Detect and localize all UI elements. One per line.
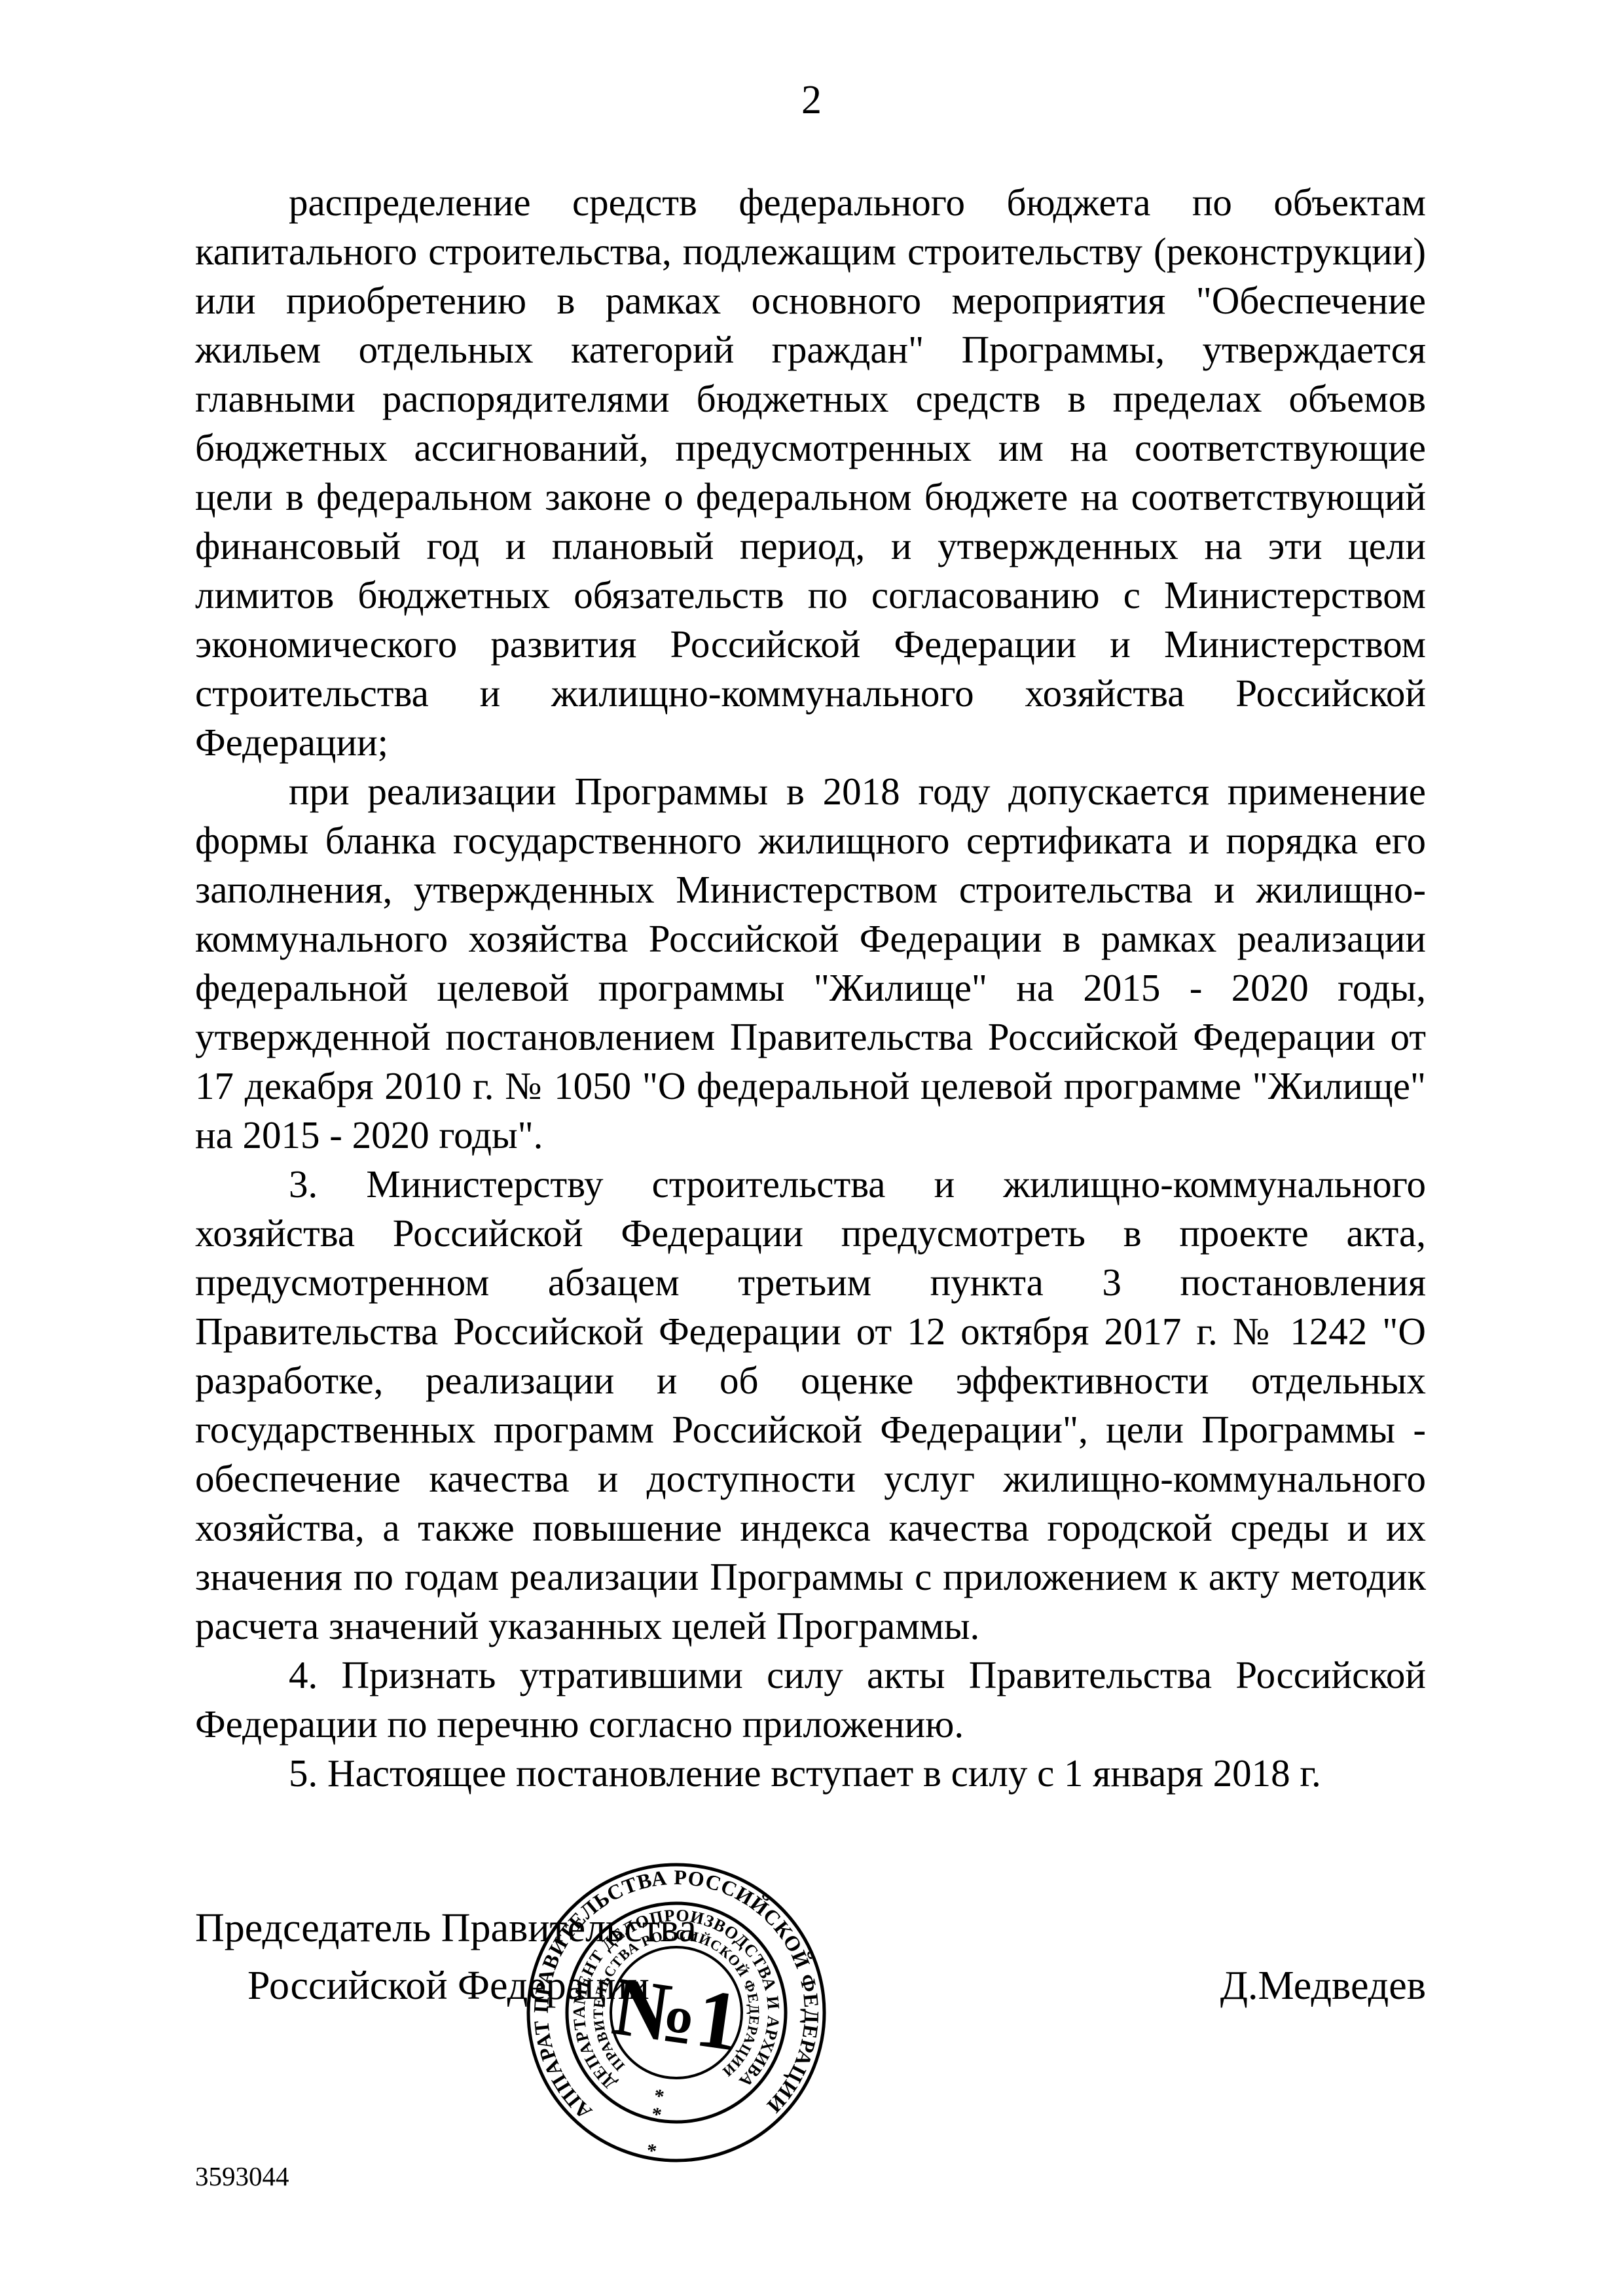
body-paragraph-5: 5. Настоящее постановление вступает в си… — [195, 1749, 1426, 1798]
document-control-number: 3593044 — [195, 2161, 289, 2191]
body-paragraph-3: 3. Министерству строительства и жилищно-… — [195, 1160, 1426, 1651]
stamp-center-number: №1 — [607, 1959, 745, 2068]
government-stamp: АППАРАТ ПРАВИТЕЛЬСТВА РОССИЙСКОЙ ФЕДЕРАЦ… — [522, 1859, 830, 2166]
document-body: распределение средств федерального бюдже… — [195, 178, 1426, 1798]
body-paragraph-4: 4. Признать утратившими силу акты Правит… — [195, 1651, 1426, 1749]
body-paragraph-1: распределение средств федерального бюдже… — [195, 178, 1426, 767]
document-page: 2 распределение средств федерального бюд… — [0, 0, 1623, 2296]
signature-name: Д.Медведев — [1220, 1957, 1426, 2015]
body-paragraph-2: при реализации Программы в 2018 году доп… — [195, 767, 1426, 1160]
stamp-outer-separator-icon: * — [646, 2134, 659, 2157]
page-number: 2 — [0, 77, 1623, 123]
stamp-inner-separator-icon: * — [653, 2079, 667, 2102]
